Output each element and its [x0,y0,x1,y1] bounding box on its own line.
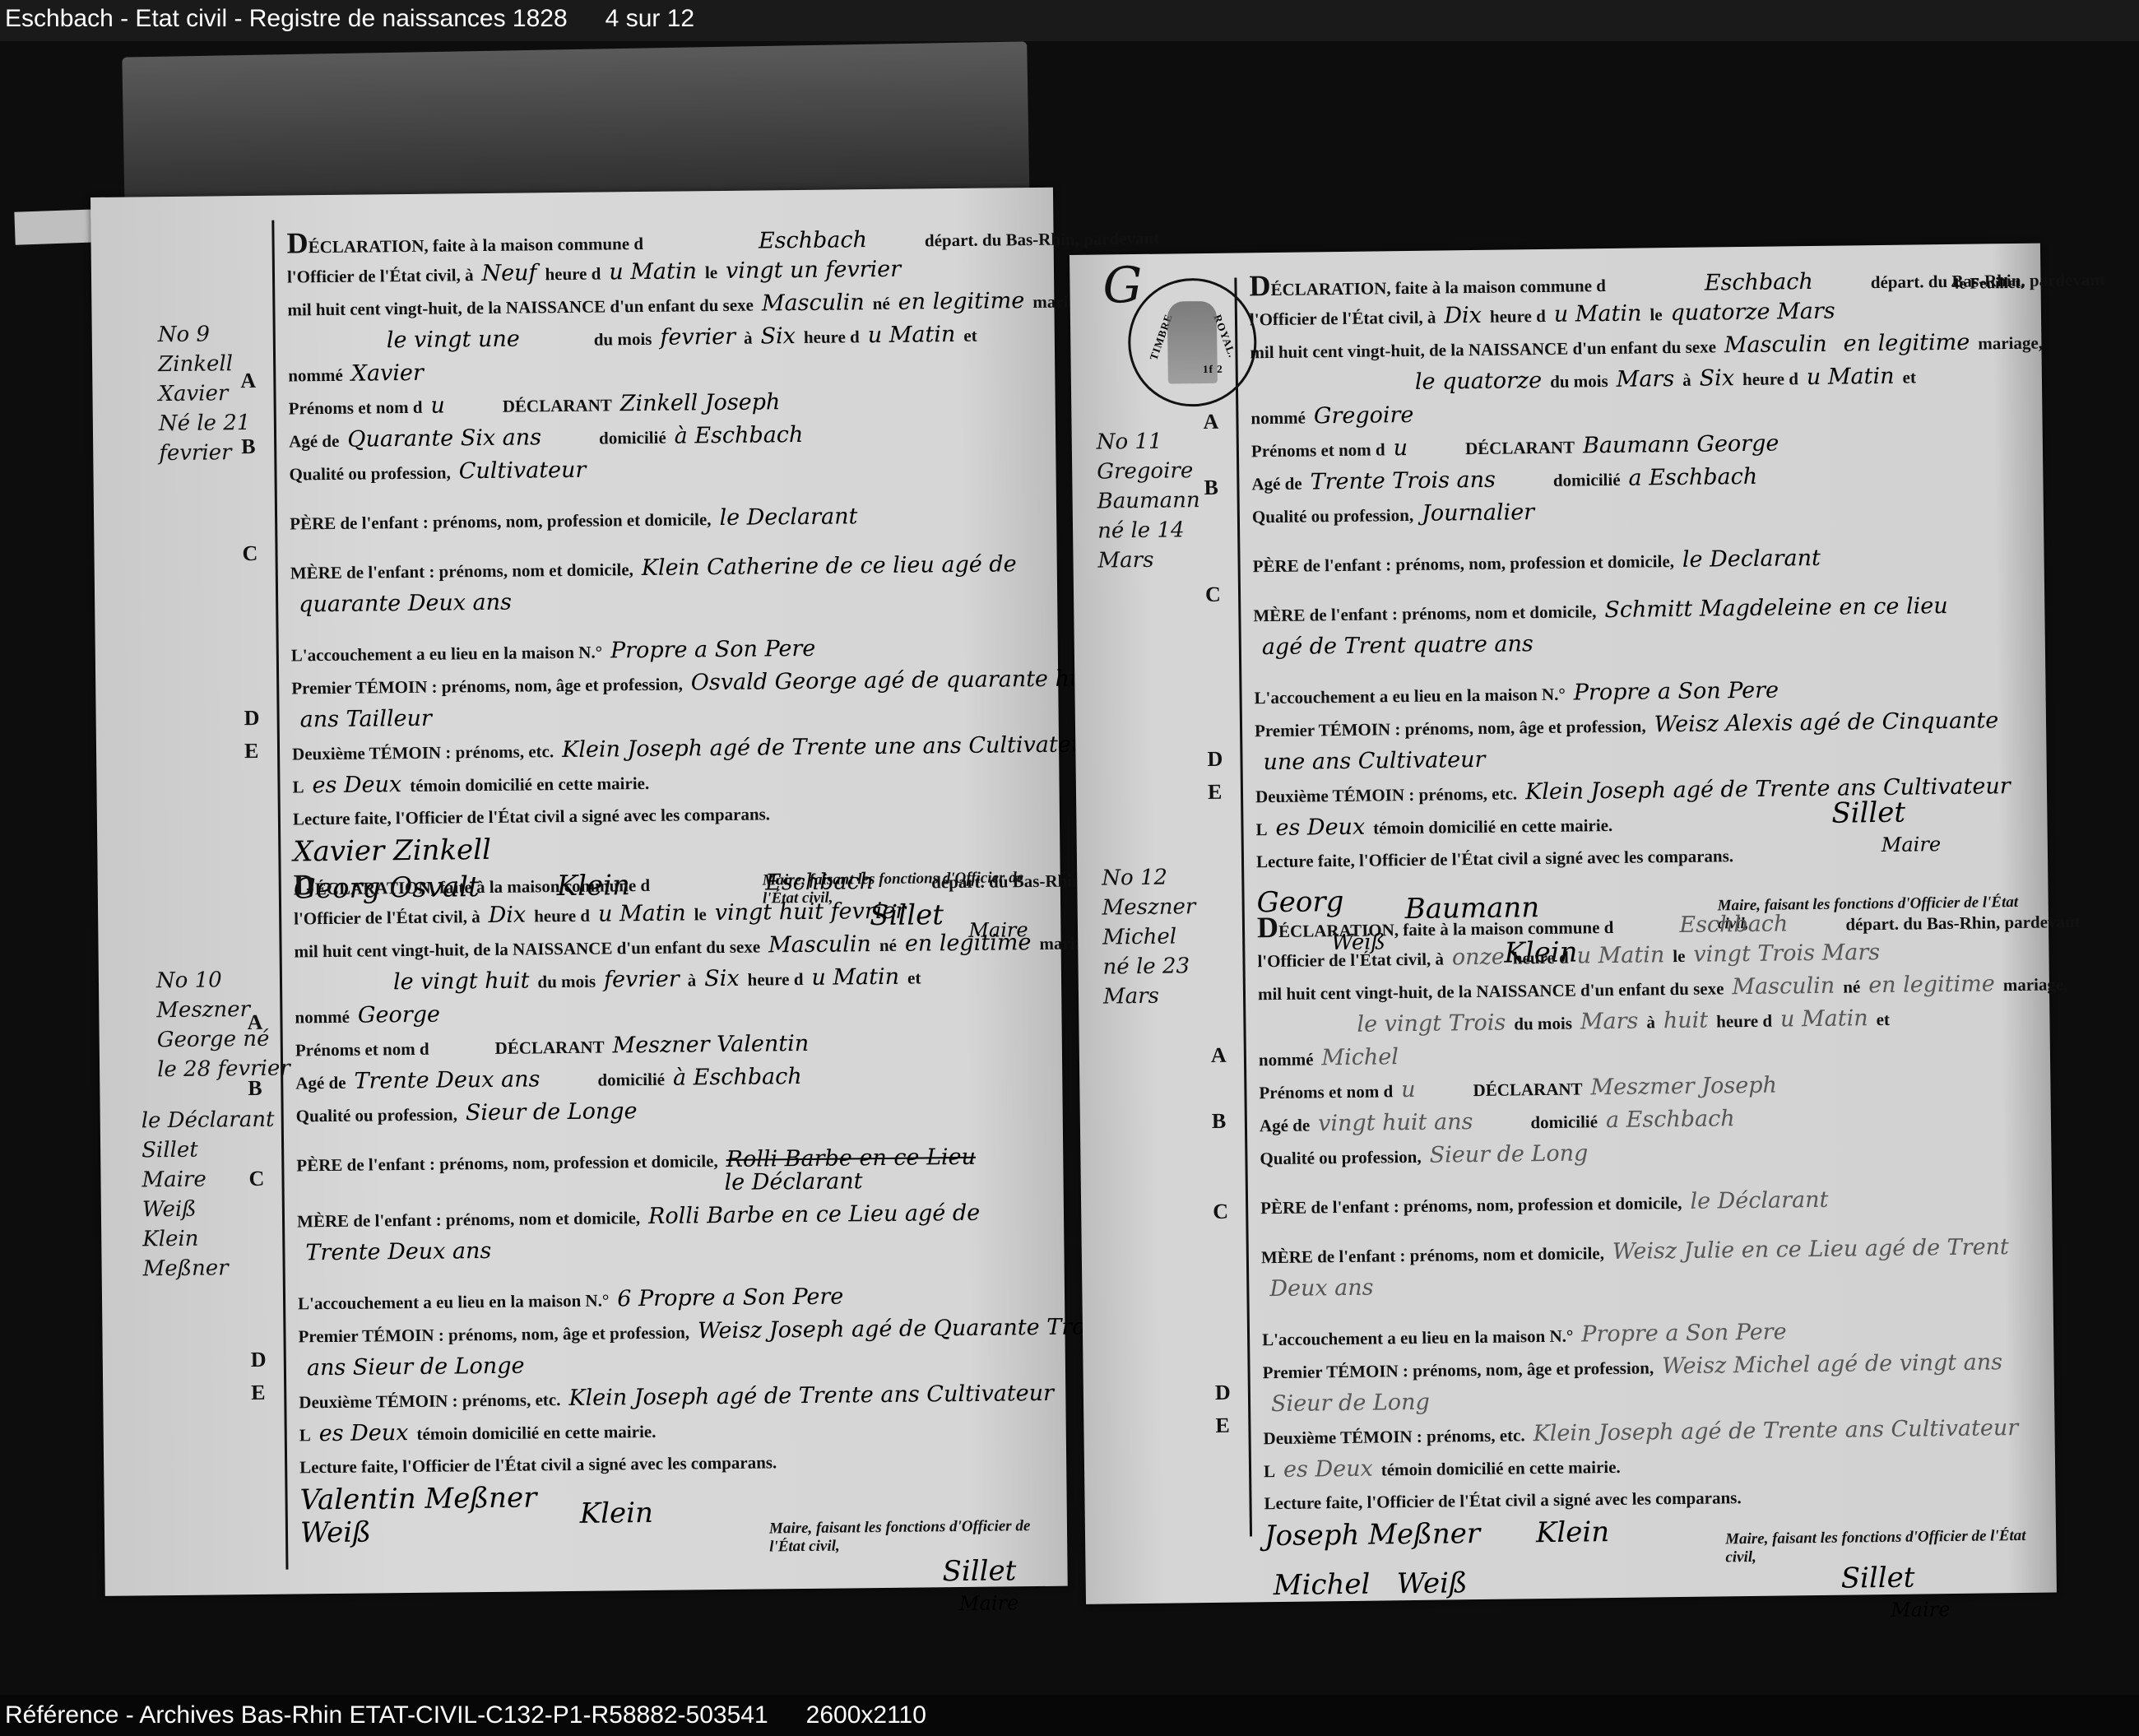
margin-letter-a: A [1203,410,1218,434]
child-name: Michel [1321,1044,1399,1070]
profession-line: Qualité ou profession,Sieur de Longe [295,1091,1052,1132]
father-line: PÈRE de l'enfant : prénoms, nom, profess… [1252,540,2025,582]
commune-value: Eschbach [1679,911,1788,938]
mother-line-cont: Trente Deux ans [297,1229,1054,1270]
signature: Klein [1536,1516,1610,1549]
margin-annotations-entry-10: le Déclarant Sillet Maire Weiß Klein Meß… [142,1105,276,1284]
margin-note-entry-10: No 10 Meszner George né le 28 fevrier [156,965,290,1085]
mayor-title: Maire [1881,833,1942,856]
signature: Valentin Meßner [299,1481,536,1516]
margin-letter-d: D [1215,1381,1231,1405]
child-name: Gregoire [1314,402,1414,429]
archive-reference: Référence - Archives Bas-Rhin ETAT-CIVIL… [5,1701,768,1729]
margin-letter-b: B [248,1076,262,1101]
margin-letter-c: C [242,541,258,566]
signature: Weiß [1397,1567,1468,1600]
signature: Michel [1274,1568,1371,1602]
signature: Xavier Zinkell [293,833,491,869]
title-bar: Eschbach - Etat civil - Registre de nais… [0,0,2139,41]
margin-rule [1234,278,1252,1537]
commune-value: Eschbach [765,869,874,895]
mayor-signature: Sillet [1840,1562,1914,1595]
birth-entry-10: DÉCLARATION, faite à la maison commune d… [294,861,1058,1583]
document-title: Eschbach - Etat civil - Registre de nais… [5,5,568,32]
margin-note-entry-11: No 11 Gregoire Baumann né le 14 Mars [1097,426,1201,576]
mayor-title: Maire [959,1591,1019,1615]
mother-line-cont: quarante Deux ans [290,581,1047,622]
margin-letter-b: B [1204,476,1218,500]
child-name: Xavier [351,360,424,387]
mayor-signature: Sillet [942,1554,1016,1588]
declarant-name: Meszmer Joseph [1590,1073,1777,1101]
child-name: George [358,1002,440,1028]
margin-letter-d: D [244,706,259,731]
declarant-name: Meszner Valentin [612,1031,809,1058]
mayor-signature: Sillet [1831,796,1905,830]
margin-letter-a: A [240,369,256,393]
page-indicator: 4 sur 12 [606,5,694,32]
father-line: PÈRE de l'enfant : prénoms, nom, profess… [1260,1181,2034,1223]
reference-bar: Référence - Archives Bas-Rhin ETAT-CIVIL… [0,1695,2139,1736]
signature: Klein [580,1497,654,1530]
birth-entry-11: DÉCLARATION, faite à la maison commune d… [1249,260,2030,977]
stamp-value: 1f 2 [1203,363,1223,376]
margin-rule [271,220,288,1570]
commune-value: Eschbach [759,227,867,253]
margin-note-entry-9: No 9 Zinkell Xavier Né le 21 fevrier [158,319,251,468]
birth-entry-9: DÉCLARATION, faite à la maison commune d… [286,219,1051,935]
margin-letter-b: B [1212,1109,1227,1134]
signatures-block: Valentin Meßner Weiß Klein Maire, faisan… [299,1476,1057,1583]
signature: Weiß [300,1516,371,1550]
signature: Joseph Meßner [1264,1517,1481,1553]
mayor-title: Maire [1891,1598,1951,1622]
corner-mark: G [1102,271,1142,301]
margin-letter-c: C [248,1167,264,1191]
margin-note-entry-12: No 12 Meszner Michel né le 23 Mars [1102,862,1197,1011]
right-page: 4e Feuillet. G TIMBRE ROYAL. 1f 2 No 11 … [1069,244,2057,1604]
margin-letter-e: E [1208,780,1223,805]
margin-letter-e: E [251,1381,266,1405]
signatures-block: Joseph Meßner Klein Michel Weiß Maire, f… [1264,1511,2039,1618]
margin-letter-e: E [1215,1413,1230,1438]
margin-letter-a: A [247,1010,262,1035]
profession-line: Qualité ou profession,Cultivateur [289,449,1046,490]
margin-letter-c: C [1213,1200,1228,1224]
margin-letter-d: D [1207,747,1223,772]
image-dimensions: 2600x2110 [806,1701,926,1729]
margin-letter-b: B [241,434,256,459]
declarant-name: Zinkell Joseph [620,389,781,416]
declarant-name: Baumann George [1583,430,1779,458]
margin-letter-d: D [251,1348,267,1372]
margin-letter-c: C [1205,583,1221,607]
margin-letter-e: E [244,739,259,764]
mayor-function-label: Maire, faisant les fonctions d'Officier … [769,1517,1057,1557]
father-line: PÈRE de l'enfant : prénoms, nom, profess… [290,499,1046,540]
birth-entry-12: DÉCLARATION, faite à la maison commune d… [1257,902,2039,1618]
left-page: No 9 Zinkell Xavier Né le 21 fevrier A B… [90,188,1068,1596]
margin-letter-a: A [1211,1043,1227,1068]
commune-value: Eschbach [1705,269,1813,296]
